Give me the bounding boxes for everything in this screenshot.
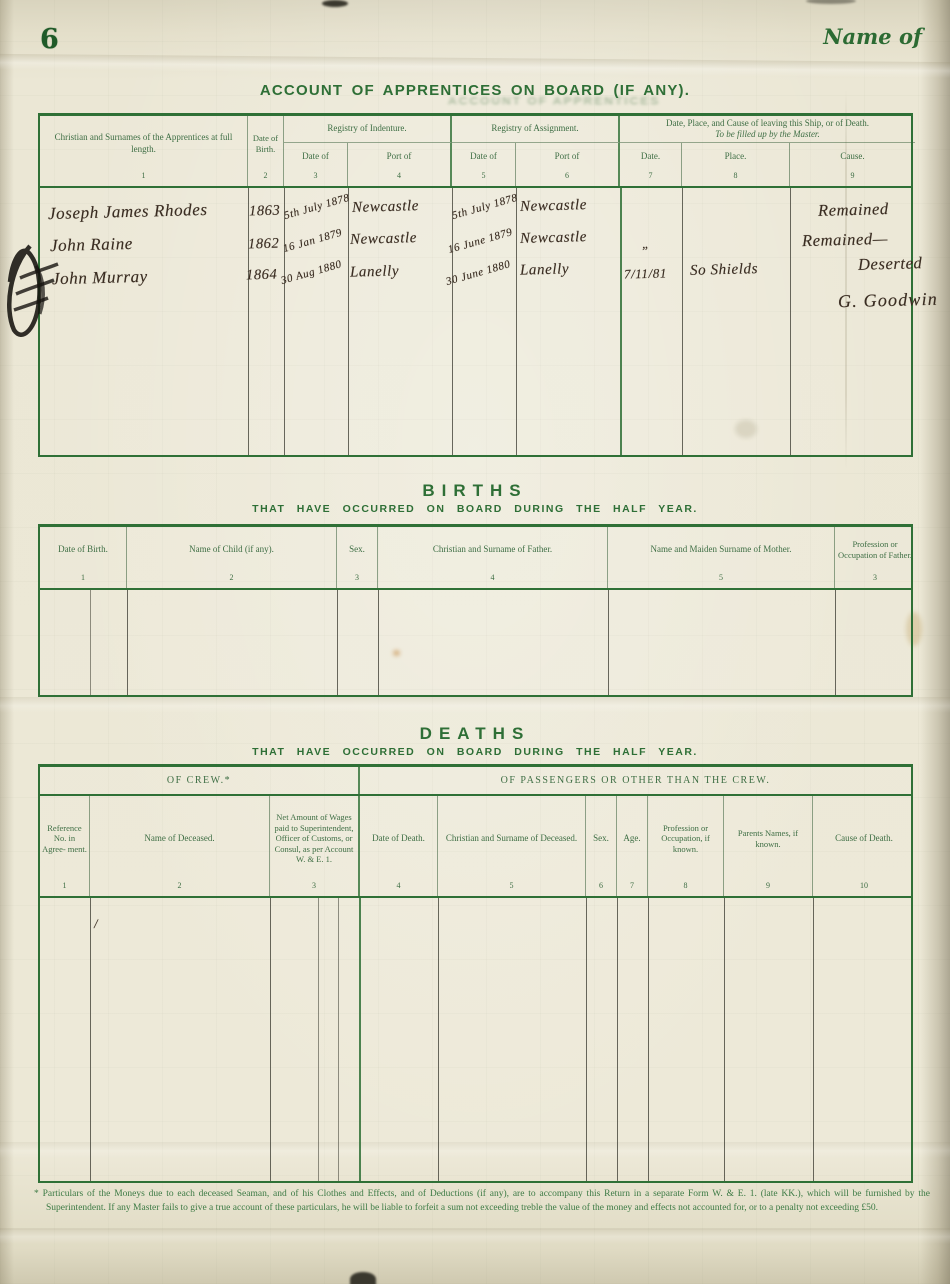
- column-rule: [90, 590, 91, 695]
- births-title: BIRTHS: [0, 481, 950, 501]
- col-header: Net Amount of Wages paid to Superintende…: [270, 796, 360, 881]
- deaths-title: DEATHS: [0, 724, 950, 744]
- leaving-cause: Remained: [818, 199, 889, 221]
- scan-smudge: [806, 0, 856, 4]
- col-header: Age.: [617, 796, 648, 881]
- deaths-group-header: OF CREW.* OF PASSENGERS OR OTHER THAN TH…: [40, 767, 911, 796]
- assignment-port: Newcastle: [520, 229, 587, 248]
- apprentices-table-header: Christian and Surnames of the Apprentice…: [40, 116, 911, 188]
- column-rule: [516, 188, 517, 455]
- indenture-port: Lanelly: [350, 263, 400, 281]
- col-header-leave-date: Date.: [620, 143, 682, 171]
- col-header: Date of Death.: [360, 796, 438, 881]
- column-rule: [452, 188, 453, 455]
- leaving-date-ditto: „: [642, 236, 650, 252]
- births-subtitle: THAT HAVE OCCURRED ON BOARD DURING THE H…: [0, 503, 950, 515]
- col-number: 1: [40, 573, 127, 588]
- assignment-date: 5th July 1878: [451, 192, 519, 222]
- scanned-document-page: 6 Name of ACCOUNT OF APPRENTICES ACCOUNT…: [0, 0, 950, 1284]
- col-header: Date of Birth.: [40, 527, 127, 573]
- column-rule: [348, 188, 349, 455]
- indenture-date: 30 Aug 1880: [280, 258, 344, 287]
- master-signature: G. Goodwin: [838, 289, 939, 313]
- col-number: 1: [40, 881, 90, 896]
- col-number: 9: [724, 881, 813, 896]
- binding-hole: [350, 1272, 376, 1284]
- leaving-place: So Shields: [690, 261, 759, 280]
- column-rule: [359, 898, 361, 1181]
- col-number: 5: [438, 881, 586, 896]
- assignment-date: 16 June 1879: [447, 226, 514, 256]
- col-number: 2: [127, 573, 337, 588]
- births-table: Date of Birth. Name of Child (if any). S…: [38, 524, 913, 697]
- column-rule: [586, 898, 587, 1181]
- col-header-indenture-port: Port of: [348, 143, 452, 171]
- scan-smudge: [322, 0, 348, 7]
- col-header-apprentice-name: Christian and Surnames of the Apprentice…: [40, 116, 248, 171]
- col-number: 4: [360, 881, 438, 896]
- footnote: * Particulars of the Moneys due to each …: [34, 1188, 930, 1216]
- name-of-label: Name of: [823, 24, 922, 49]
- column-rule: [337, 590, 338, 695]
- group-header-of-crew: OF CREW.*: [40, 767, 360, 794]
- col-header: Profession or Occupation, if known.: [648, 796, 724, 881]
- col-number: 8: [682, 171, 790, 186]
- col-number: 6: [586, 881, 617, 896]
- col-header-leave-place: Place.: [682, 143, 790, 171]
- col-number: 7: [620, 171, 682, 186]
- leaving-date: 7/11/81: [624, 265, 667, 282]
- col-header: Sex.: [586, 796, 617, 881]
- col-number: 3: [835, 573, 915, 588]
- assignment-date: 30 June 1880: [445, 258, 512, 288]
- col-number: 10: [813, 881, 915, 896]
- column-rule: [813, 898, 814, 1181]
- money-sub-rule: [318, 898, 319, 1181]
- deaths-subtitle: THAT HAVE OCCURRED ON BOARD DURING THE H…: [0, 746, 950, 758]
- column-rule: [378, 590, 379, 695]
- apprentices-title: ACCOUNT OF APPRENTICES ON BOARD (IF ANY)…: [0, 82, 950, 99]
- indenture-port: Newcastle: [352, 198, 419, 217]
- column-rule: [835, 590, 836, 695]
- apprentice-birth-year: 1862: [248, 236, 280, 254]
- col-header: Name of Child (if any).: [127, 527, 337, 573]
- col-header-assignment-port: Port of: [516, 143, 620, 171]
- col-number: 4: [348, 171, 452, 186]
- paper-crease: [0, 697, 950, 713]
- col-header: Reference No. in Agree- ment.: [40, 796, 90, 881]
- apprentice-birth-year: 1864: [246, 267, 278, 285]
- births-table-body: [40, 590, 911, 695]
- column-rule: [284, 188, 285, 455]
- col-number: 2: [248, 171, 284, 186]
- col-header: Name of Deceased.: [90, 796, 270, 881]
- leaving-cause: Remained—: [802, 229, 889, 251]
- col-number: 3: [337, 573, 378, 588]
- col-header-leave-cause: Cause.: [790, 143, 915, 171]
- deaths-table: OF CREW.* OF PASSENGERS OR OTHER THAN TH…: [38, 764, 913, 1183]
- group-header-registry-assignment: Registry of Assignment.: [452, 116, 620, 143]
- col-header-assignment-date: Date of: [452, 143, 516, 171]
- col-number: 9: [790, 171, 915, 186]
- column-rule: [648, 898, 649, 1181]
- stray-pen-mark: /: [94, 916, 99, 932]
- leaving-label: Date, Place, and Cause of leaving this S…: [666, 118, 869, 129]
- col-header: Cause of Death.: [813, 796, 915, 881]
- col-number: 7: [617, 881, 648, 896]
- assignment-port: Newcastle: [520, 197, 587, 216]
- apprentices-table: Christian and Surnames of the Apprentice…: [38, 113, 913, 457]
- assignment-port: Lanelly: [520, 261, 570, 279]
- column-rule: [270, 898, 271, 1181]
- col-number: 3: [270, 881, 360, 896]
- indenture-port: Newcastle: [350, 230, 417, 249]
- col-header-indenture-date: Date of: [284, 143, 348, 171]
- col-number: 5: [452, 171, 516, 186]
- paper-edge-shadow-right: [920, 0, 950, 1284]
- column-rule: [620, 188, 622, 455]
- column-rule: [438, 898, 439, 1181]
- page-number: 6: [40, 24, 59, 55]
- ink-scribble: [0, 238, 80, 358]
- col-header: Sex.: [337, 527, 378, 573]
- leaving-cause: Deserted: [858, 253, 923, 275]
- deaths-table-body: /: [40, 898, 911, 1181]
- group-header-registry-indenture: Registry of Indenture.: [284, 116, 452, 143]
- column-rule: [617, 898, 618, 1181]
- col-header-date-of-birth: Date of Birth.: [248, 116, 284, 171]
- group-header-of-passengers: OF PASSENGERS OR OTHER THAN THE CREW.: [360, 767, 911, 794]
- paper-edge-shadow-left: [0, 0, 14, 1284]
- group-header-leaving: Date, Place, and Cause of leaving this S…: [620, 116, 915, 143]
- col-number: 4: [378, 573, 608, 588]
- indenture-date: 16 Jan 1879: [282, 227, 344, 255]
- deaths-table-header: Reference No. in Agree- ment. Name of De…: [40, 796, 911, 898]
- leaving-sublabel: To be filled up by the Master.: [715, 129, 819, 140]
- col-number: 2: [90, 881, 270, 896]
- col-number: 1: [40, 171, 248, 186]
- col-number: 3: [284, 171, 348, 186]
- column-rule: [724, 898, 725, 1181]
- column-rule: [90, 898, 91, 1181]
- column-rule: [248, 188, 249, 455]
- column-rule: [127, 590, 128, 695]
- column-rule: [682, 188, 683, 455]
- apprentice-birth-year: 1863: [249, 203, 281, 221]
- apprentices-table-body: Joseph James Rhodes 1863 5th July 1878 N…: [40, 188, 911, 455]
- col-header: Name and Maiden Surname of Mother.: [608, 527, 835, 573]
- paper-crease: [0, 1228, 950, 1244]
- births-table-header: Date of Birth. Name of Child (if any). S…: [40, 527, 911, 590]
- col-header: Christian and Surname of Father.: [378, 527, 608, 573]
- column-rule: [608, 590, 609, 695]
- money-sub-rule: [338, 898, 339, 1181]
- apprentice-name: Joseph James Rhodes: [48, 200, 208, 224]
- col-header: Parents Names, if known.: [724, 796, 813, 881]
- paper-crease: [0, 54, 950, 78]
- column-rule: [790, 188, 791, 455]
- col-number: 5: [608, 573, 835, 588]
- col-header: Profession or Occupation of Father.: [835, 527, 915, 573]
- col-number: 6: [516, 171, 620, 186]
- indenture-date: 5th July 1878: [283, 192, 351, 222]
- col-number: 8: [648, 881, 724, 896]
- col-header: Christian and Surname of Deceased.: [438, 796, 586, 881]
